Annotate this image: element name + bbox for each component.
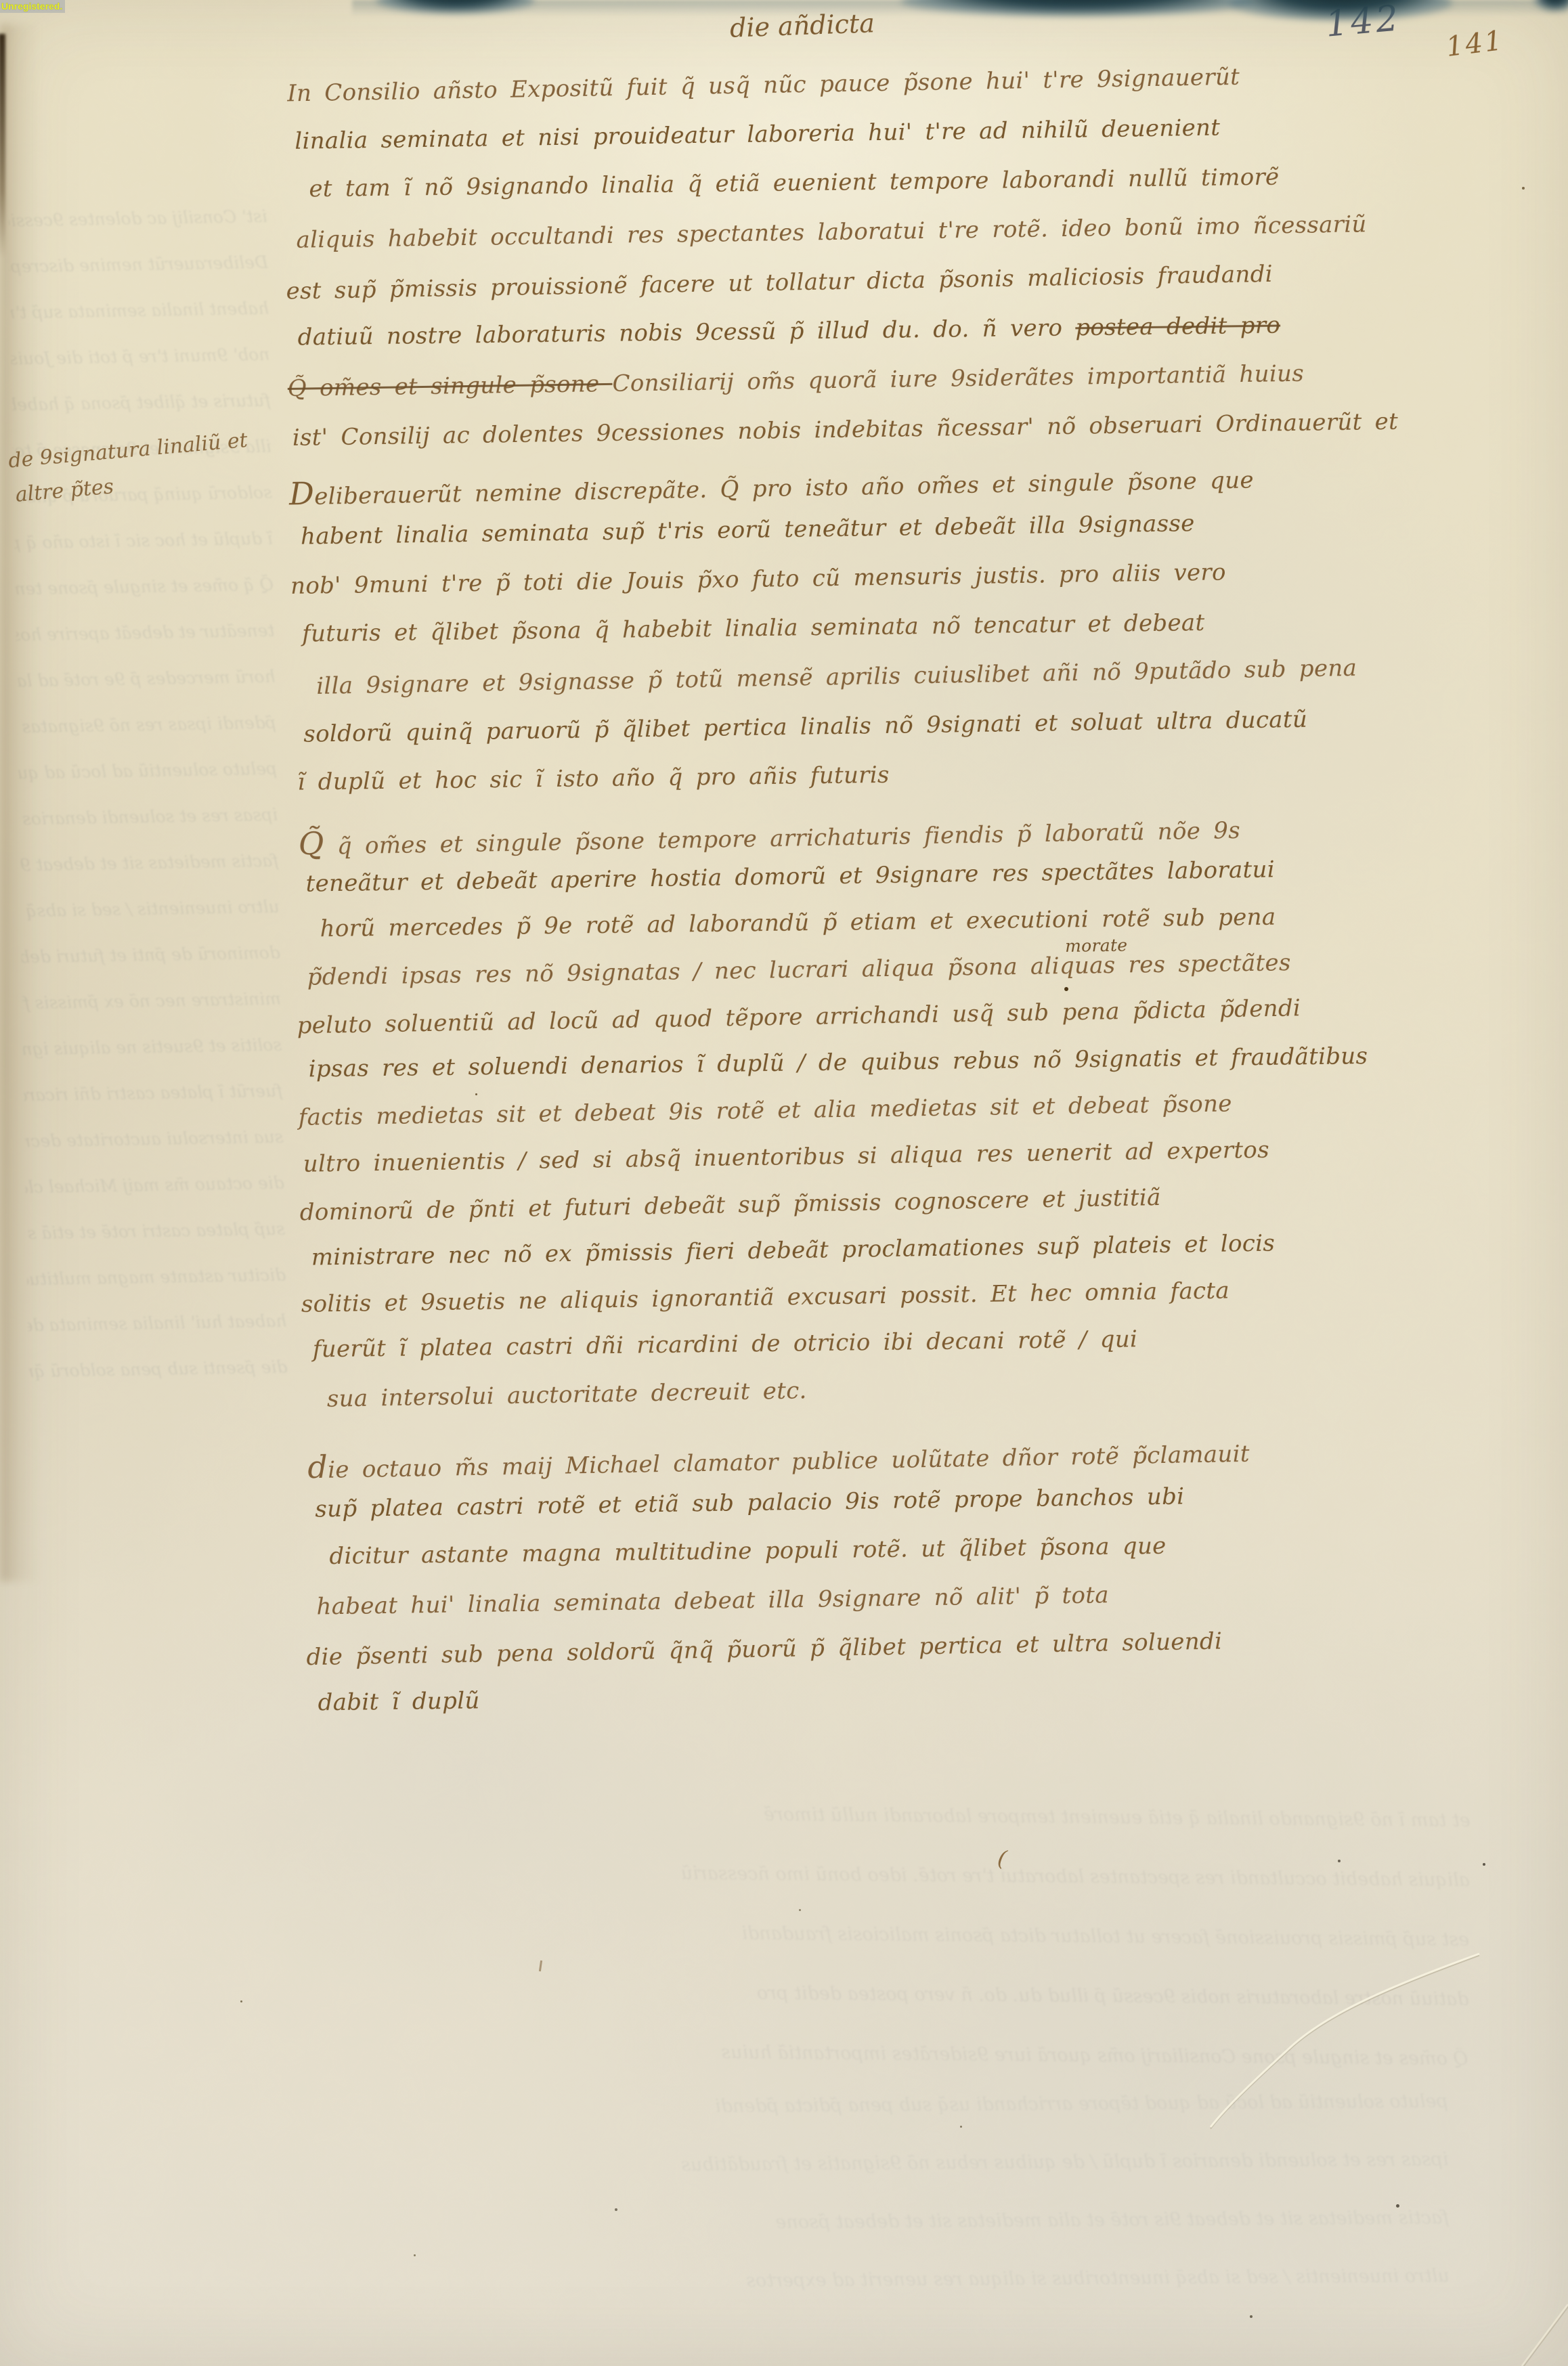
showthrough-line: peluto soluentiũ ad locũ ad quod tẽpore …: [18, 759, 278, 810]
showthrough-line: dicitur astante magna multitudine populi…: [27, 1265, 286, 1316]
paper-speck: [960, 2126, 962, 2128]
scan-edge-shadow-blob: [376, 0, 535, 14]
showthrough-line: nob' 9muni t're p̃ toti die Jouis p̃xo f…: [11, 345, 270, 395]
showthrough-line: aliquis habebit occultandi res spectante…: [95, 1858, 1470, 1929]
showthrough-line: ultro inuenientis / sed si absq̃ inuento…: [163, 2265, 1450, 2332]
manuscript-text: dabit ĩ duplũ: [318, 1687, 479, 1716]
gutter-shading: [0, 24, 39, 1581]
paper-speck: [1396, 2204, 1399, 2208]
struck-text: Q̃ om̃es et singule p̃sone: [287, 370, 612, 402]
showthrough-line: Deliberauerũt nemine discrepãte. Q̃ pro …: [9, 253, 269, 303]
scan-edge-shadow-blob: [900, 0, 1253, 16]
showthrough-line: habent linalia seminata sup̃ t'ris eorũ …: [10, 299, 269, 349]
showthrough-line: sua intersolui auctoritate decreuit etc.: [24, 1127, 284, 1178]
showthrough-line: ultro inuenientis / sed si absq̃ inuento…: [20, 897, 280, 948]
manuscript-text: sua intersolui auctoritate decreuit etc.: [327, 1377, 807, 1412]
scanner-watermark: Unregistered.: [0, 0, 65, 13]
manuscript-text: In Consilio añsto Expositũ fuit q̃ usq̃ …: [287, 64, 1240, 108]
showthrough-line: factis medietas sit et debeat 9is rotẽ e…: [20, 851, 279, 902]
verso-showthrough-bottom: peluto soluentiũ ad locũ ad quod tẽpore …: [162, 2090, 1450, 2332]
showthrough-line: ist' Consilij ac dolentes 9cessiones nob…: [9, 206, 268, 257]
manuscript-text: Q̃ q̃ om̃es et singule p̃sone tempore ar…: [298, 817, 1240, 861]
paper-speck: [475, 1093, 477, 1095]
paper-speck: [1250, 2315, 1253, 2318]
manuscript-paragraph: die octauo m̃s maij Michael clamator pub…: [303, 1429, 1540, 1740]
showthrough-line: horũ mercedes p̃ 9e rotẽ ad laborandũ p̃…: [16, 667, 276, 718]
showthrough-line: ministrare nec nõ ex p̃missis fieri debe…: [22, 989, 282, 1040]
showthrough-line: solitis et 9suetis ne aliquis ignorantiã…: [23, 1035, 282, 1086]
showthrough-line: sup̃ platea castri rotẽ et etiã sub pala…: [26, 1219, 286, 1270]
showthrough-line: die p̃senti sub pena soldorũ q̃nq̃ p̃uor…: [28, 1357, 288, 1408]
margin-note: de 9signatura linaliũ et altre p̃tes: [7, 429, 252, 508]
showthrough-line: Q̃ q̃ om̃es et singule p̃sone tempore ar…: [15, 575, 274, 626]
showthrough-line: teneãtur et debeãt aperire hostia domorũ…: [16, 621, 275, 672]
manuscript-paragraph: In Consilio añsto Expositũ fuit q̃ usq̃ …: [283, 60, 1526, 820]
scan-edge-shadow-blob: [1534, 0, 1568, 11]
paper-speck: [1483, 1863, 1485, 1866]
verso-showthrough-bottom: et tam ĩ nõ 9signando linalia q̃ etiã eu…: [93, 1798, 1471, 2108]
folio-number-pencil: 142: [1324, 0, 1403, 45]
paper-speck: [1522, 187, 1525, 190]
showthrough-line: factis medietas sit et debeat 9is rotẽ e…: [162, 2207, 1450, 2274]
manuscript-paragraph: Q̃ q̃ om̃es et singule p̃sone tempore ar…: [294, 806, 1535, 1431]
binding-edge-shadow: [0, 34, 5, 257]
stray-pen-tick: [539, 1960, 542, 1971]
showthrough-line: fuerũt ĩ platea castri dñi ricardini de …: [24, 1081, 283, 1132]
showthrough-line: die octauo m̃s maij Michael clamator pub…: [26, 1173, 285, 1224]
paper-speck: [240, 2000, 242, 2002]
paper-speck: [1064, 987, 1068, 991]
margin-note-line: altre p̃tes: [14, 463, 251, 507]
showthrough-line: ipsas res et soluendi denarios ĩ duplũ /…: [162, 2149, 1449, 2216]
showthrough-line: habeat hui' linalia seminata debeat illa…: [28, 1311, 287, 1362]
manuscript-page: ist' Consilij ac dolentes 9cessiones nob…: [0, 0, 1568, 2366]
stray-ink-mark: (: [996, 1845, 1009, 1872]
manuscript-text: Deliberauerũt nemine discrepãte. Q̃ pro …: [289, 466, 1254, 510]
interlinear-addition: morate: [1065, 936, 1128, 956]
showthrough-line: ĩ duplũ et hoc sic ĩ isto año q̃ pro añi…: [14, 529, 274, 579]
folio-number-ink: 141: [1445, 25, 1506, 63]
showthrough-line: Q̃ om̃es et singule p̃sone Consiliarij o…: [93, 2036, 1468, 2108]
showthrough-line: dominorũ de p̃nti et futuri debeãt sup̃ …: [22, 943, 281, 994]
verso-showthrough-left: ist' Consilij ac dolentes 9cessiones nob…: [9, 206, 288, 1407]
paper-speck: [1338, 1860, 1341, 1862]
paper-speck: [799, 1909, 801, 1911]
showthrough-line: p̃dendi ipsas res nõ 9signatas / nec luc…: [18, 713, 277, 764]
showthrough-line: datiuũ nostre laboraturis nobis 9cessũ p…: [94, 1977, 1469, 2049]
showthrough-line: ipsas res et soluendi denarios ĩ duplũ /…: [19, 805, 278, 856]
paper-speck: [615, 2208, 617, 2211]
manuscript-text-block: In Consilio añsto Expositũ fuit q̃ usq̃ …: [283, 60, 1540, 1740]
struck-text: postea dedit pro: [1075, 312, 1280, 342]
showthrough-line: peluto soluentiũ ad locũ ad quod tẽpore …: [162, 2090, 1449, 2157]
paper-speck: [414, 2254, 416, 2256]
showthrough-line: et tam ĩ nõ 9signando linalia q̃ etiã eu…: [95, 1798, 1471, 1870]
manuscript-text: die octauo m̃s maij Michael clamator pub…: [307, 1441, 1250, 1485]
showthrough-line: est sup̃ p̃missis prouissionẽ facere ut …: [95, 1917, 1470, 1989]
running-header: die añdicta: [729, 8, 875, 43]
